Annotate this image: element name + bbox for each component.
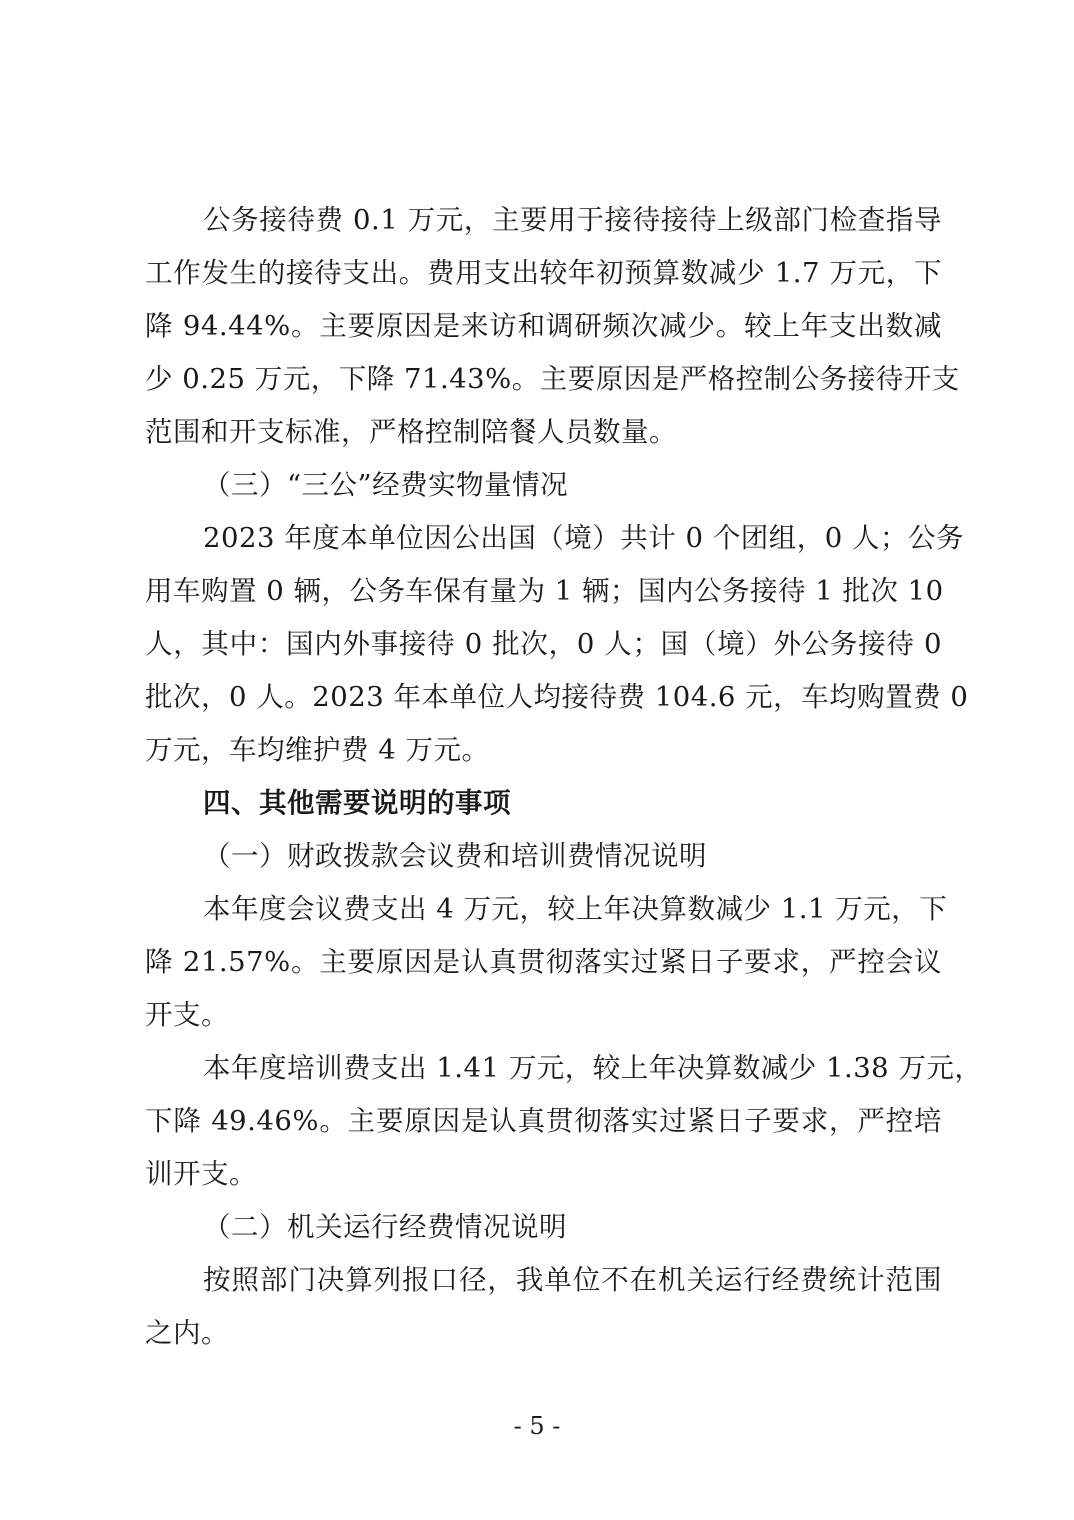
paragraph-line: 公务接待费 0.1 万元，主要用于接待接待上级部门检查指导	[203, 193, 942, 247]
section-heading: 四、其他需要说明的事项	[203, 776, 942, 830]
paragraph-line: 开支。	[145, 988, 942, 1042]
paragraph-line: 万元，车均维护费 4 万元。	[145, 723, 942, 777]
paragraph-line: 用车购置 0 辆，公务车保有量为 1 辆；国内公务接待 1 批次 10	[145, 564, 942, 618]
section-heading: （一）财政拨款会议费和培训费情况说明	[203, 829, 942, 883]
paragraph-line: 按照部门决算列报口径，我单位不在机关运行经费统计范围	[203, 1253, 942, 1307]
paragraph-line: 本年度会议费支出 4 万元，较上年决算数减少 1.1 万元，下	[203, 882, 942, 936]
section-heading: （二）机关运行经费情况说明	[203, 1200, 942, 1254]
paragraph-line: 降 21.57%。主要原因是认真贯彻落实过紧日子要求，严控会议	[145, 935, 942, 989]
page-number: - 5 -	[0, 1412, 1074, 1440]
paragraph-line: 训开支。	[145, 1147, 942, 1201]
paragraph-line: 少 0.25 万元，下降 71.43%。主要原因是严格控制公务接待开支	[145, 352, 942, 406]
paragraph-line: 人，其中：国内外事接待 0 批次，0 人；国（境）外公务接待 0	[145, 617, 942, 671]
paragraph-line: 之内。	[145, 1306, 942, 1360]
paragraph-line: 工作发生的接待支出。费用支出较年初预算数减少 1.7 万元，下	[145, 246, 942, 300]
paragraph-line: 降 94.44%。主要原因是来访和调研频次减少。较上年支出数减	[145, 299, 942, 353]
paragraph-line: 2023 年度本单位因公出国（境）共计 0 个团组，0 人；公务	[203, 511, 942, 565]
paragraph-line: 本年度培训费支出 1.41 万元，较上年决算数减少 1.38 万元，	[203, 1041, 942, 1095]
paragraph-line: 范围和开支标准，严格控制陪餐人员数量。	[145, 405, 942, 459]
paragraph-line: 下降 49.46%。主要原因是认真贯彻落实过紧日子要求，严控培	[145, 1094, 942, 1148]
section-heading: （三）“三公”经费实物量情况	[203, 458, 942, 512]
paragraph-line: 批次，0 人。2023 年本单位人均接待费 104.6 元，车均购置费 0	[145, 670, 942, 724]
